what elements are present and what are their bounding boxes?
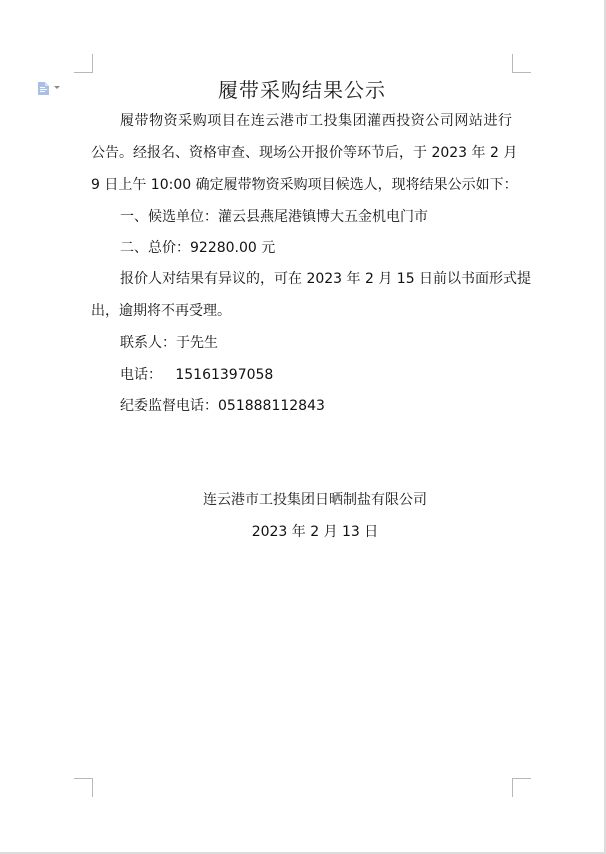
document-title: 履带采购结果公示 [0,74,604,103]
intro-paragraph-line-1: 履带物资采购项目在连云港市工投集团灌西投资公司网站进行 [120,110,512,130]
intro-paragraph-line-3: 9 日上午 10:00 确定履带物资采购项目候选人，现将结果公示如下： [91,174,518,194]
intro-paragraph-line-2: 公告。经报名、资格审查、现场公开报价等环节后，于 2023 年 2 月 [91,142,512,162]
margin-mark-top-left [74,54,93,73]
document-page: 履带采购结果公示 履带物资采购项目在连云港市工投集团灌西投资公司网站进行 公告。… [0,0,604,852]
signature-date: 2023 年 2 月 13 日 [0,521,606,541]
contact-phone: 电话： 15161397058 [120,364,273,384]
contact-person: 联系人：于先生 [120,332,218,352]
total-price: 二、总价：92280.00 元 [120,237,275,257]
candidate-unit: 一、候选单位：灌云县燕尾港镇博大五金机电门市 [120,206,428,226]
supervision-phone: 纪委监督电话：051888112843 [120,395,325,415]
objection-paragraph-line-1: 报价人对结果有异议的，可在 2023 年 2 月 15 日前以书面形式提 [120,268,512,288]
objection-paragraph-line-2: 出，逾期将不再受理。 [91,300,231,320]
margin-mark-bottom-right [512,778,531,797]
signature-company: 连云港市工投集团日晒制盐有限公司 [0,489,606,509]
margin-mark-bottom-left [74,778,93,797]
margin-mark-top-right [512,54,531,73]
